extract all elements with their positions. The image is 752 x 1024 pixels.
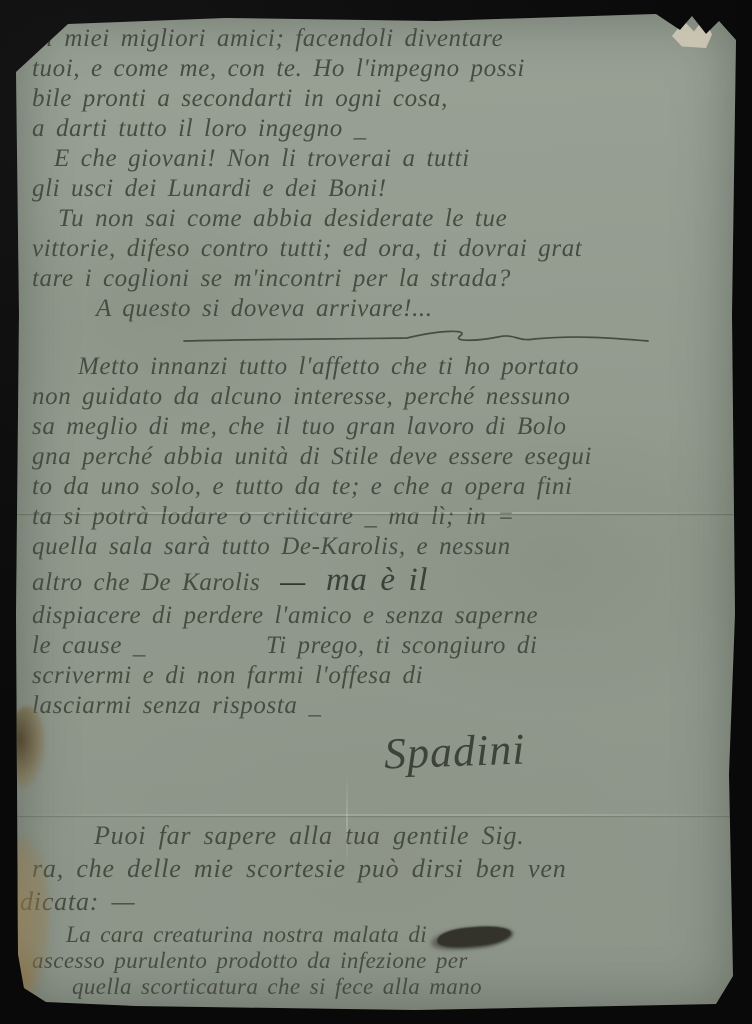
paragraph-giovani: E che giovani! Non li troverai a tutti g… <box>32 144 732 204</box>
letter-line: quella sala sarà tutto De-Karolis, e nes… <box>32 532 732 562</box>
paragraph-postscript: Puoi far sapere alla tua gentile Sig. ra… <box>32 819 732 918</box>
letter-line: gli usci dei Lunardi e dei Boni! <box>32 174 732 204</box>
letter-line: vittorie, difeso contro tutti; ed ora, t… <box>32 234 732 264</box>
letter-line: ra, che delle mie scortesie può dirsi be… <box>32 852 732 885</box>
photograph-background: i miei migliori amici; facendoli diventa… <box>0 0 752 1024</box>
stain <box>8 706 46 790</box>
letter-line: le cause _ <box>32 631 146 661</box>
letter-line-text: La cara creaturina nostra malata di <box>66 922 427 947</box>
letter-line: tuoi, e come me, con te. Ho l'impegno po… <box>32 54 732 84</box>
letter-line: altro che De Karolis <box>32 569 260 596</box>
letter-line: non guidato da alcuno interesse, perché … <box>32 382 732 412</box>
letter-line: La cara creaturina nostra malata di <box>32 922 732 948</box>
letter-line: Ti prego, ti scongiuro di <box>266 631 538 661</box>
letter-line: Metto innanzi tutto l'affetto che ti ho … <box>32 352 732 382</box>
letter-page: i miei migliori amici; facendoli diventa… <box>16 14 736 1012</box>
paragraph-vittorie: Tu non sai come abbia desiderate le tue … <box>32 204 732 294</box>
letter-line: bile pronti a secondarti in ogni cosa, <box>32 84 732 114</box>
karolis-emphasis-line: altro che De Karolis—ma è il <box>32 562 732 601</box>
dash-mark: — <box>280 565 306 601</box>
letter-line: E che giovani! Non li troverai a tutti <box>32 144 732 174</box>
paper-crease <box>16 814 736 816</box>
stain <box>10 944 40 1014</box>
paragraph-opening: i miei migliori amici; facendoli diventa… <box>32 24 732 144</box>
scribbled-out-word <box>436 924 511 949</box>
letter-line: scrivermi e di non farmi l'offesa di <box>32 661 732 691</box>
paragraph-closing: scrivermi e di non farmi l'offesa di las… <box>32 661 732 721</box>
letter-line: gna perché abbia unità di Stile deve ess… <box>32 442 732 472</box>
paper-crease <box>16 512 736 514</box>
paragraph-affetto: Metto innanzi tutto l'affetto che ti ho … <box>32 352 732 562</box>
letter-line: lasciarmi senza risposta _ <box>32 691 732 721</box>
letter-line: ta si potrà lodare o criticare _ ma lì; … <box>32 502 732 532</box>
cause-line: le cause _ Ti prego, ti scongiuro di <box>32 631 732 661</box>
letter-line: to da uno solo, e tutto da te; e che a o… <box>32 472 732 502</box>
paper-crease <box>346 776 348 866</box>
letter-line: Puoi far sapere alla tua gentile Sig. <box>32 819 732 852</box>
paragraph-child-illness: La cara creaturina nostra malata di asce… <box>32 922 732 1000</box>
divider-flourish <box>182 326 732 350</box>
arrivare-line: A questo si doveva arrivare!... <box>32 294 732 324</box>
letter-line: sa meglio di me, che il tuo gran lavoro … <box>32 412 732 442</box>
emphasized-words: ma è il <box>326 562 428 598</box>
letter-line: dicata: — <box>20 885 732 918</box>
letter-line: a darti tutto il loro ingegno _ <box>32 114 732 144</box>
letter-line: ascesso purulento prodotto da infezione … <box>32 948 732 974</box>
letter-line: dispiacere di perdere l'amico e senza sa… <box>32 601 732 631</box>
letter-line: Tu non sai come abbia desiderate le tue <box>32 204 732 234</box>
signature: Spadini <box>383 723 526 782</box>
letter-line: quella scorticatura che si fece alla man… <box>32 974 732 1000</box>
letter-line: tare i coglioni se m'incontri per la str… <box>32 264 732 294</box>
letter-line: i miei migliori amici; facendoli diventa… <box>32 24 732 54</box>
